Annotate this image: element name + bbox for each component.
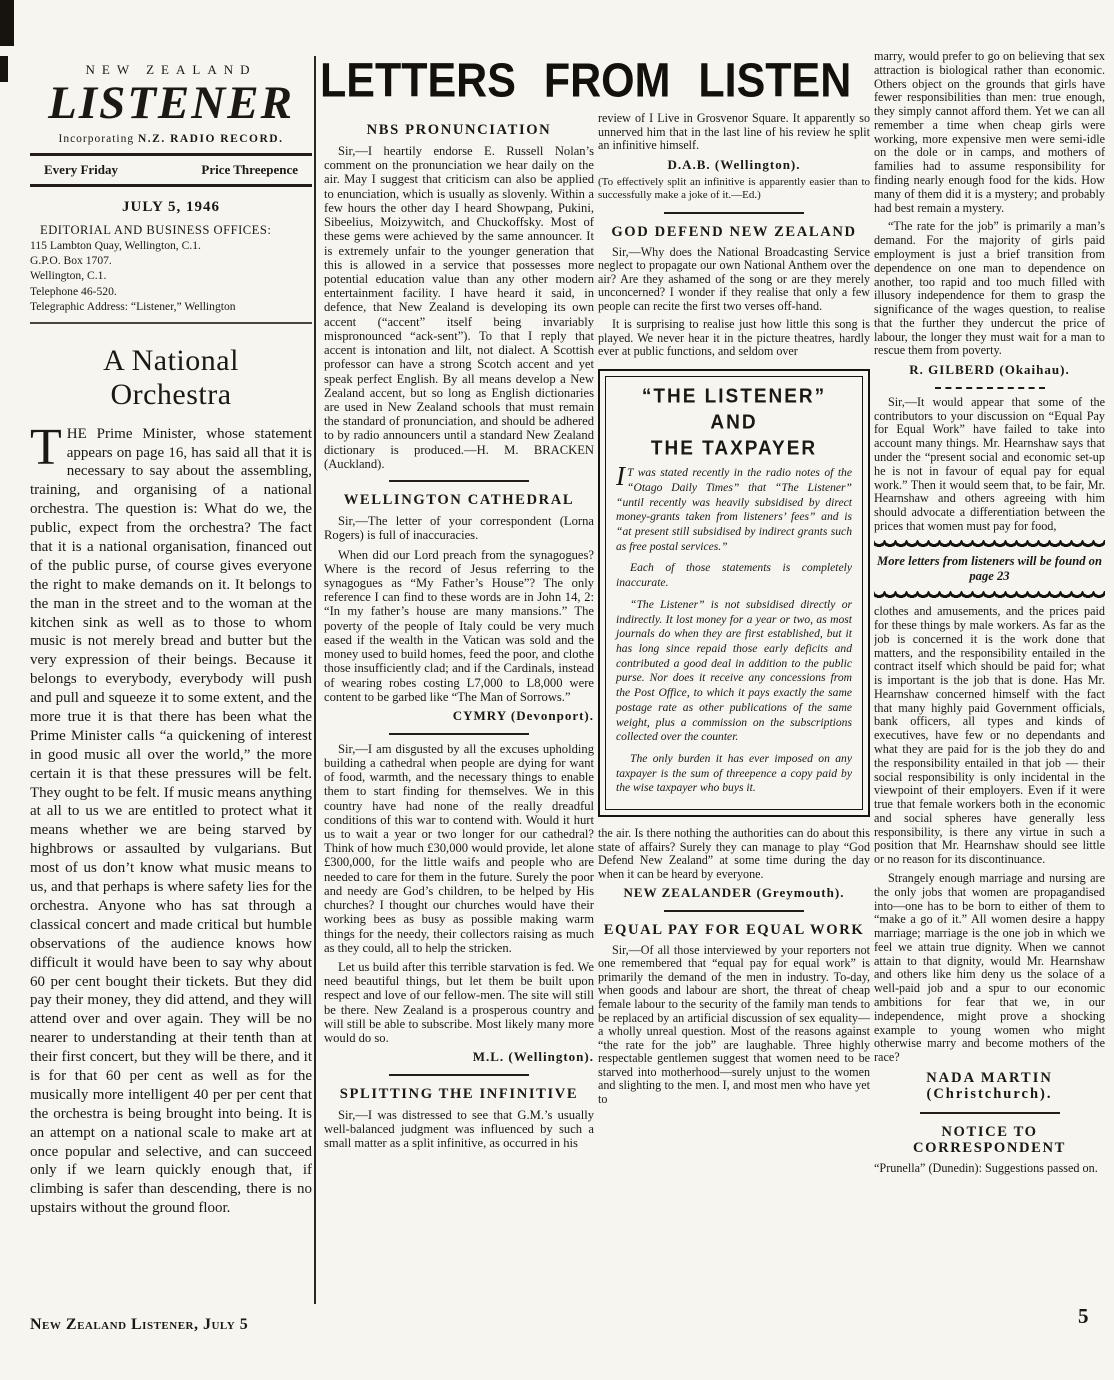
issue-date: JULY 5, 1946 — [30, 199, 312, 216]
letter-paragraph: Let us build after this terrible starvat… — [324, 960, 594, 1045]
letter-paragraph: It is surprising to realise just how lit… — [598, 318, 870, 359]
letter-signature: NADA MARTIN (Christchurch). — [874, 1070, 1105, 1103]
letter-paragraph: Strangely enough marriage and nursing ar… — [874, 872, 1105, 1065]
letter-divider — [664, 212, 804, 214]
taxpayer-box-heading-line2: THE TAXPAYER — [651, 436, 817, 459]
letter-paragraph: Sir,—Of all those interviewed by your re… — [598, 944, 870, 1106]
letter-divider — [664, 910, 804, 912]
wavy-rule — [874, 591, 1105, 599]
print-artifact — [0, 56, 8, 82]
column-rule — [314, 56, 316, 1304]
offices-address-line: G.P.O. Box 1707. — [30, 253, 312, 268]
offices-telegraph-line: Telegraphic Address: “Listener,” Welling… — [30, 299, 312, 314]
letter-paragraph: Sir,—I was distressed to see that G.M.’s… — [324, 1108, 594, 1151]
letter-paragraph: “The rate for the job” is primarily a ma… — [874, 220, 1105, 358]
letter-divider — [920, 1112, 1060, 1114]
letter-heading: GOD DEFEND NEW ZEALAND — [598, 224, 870, 240]
editor-note: (To effectively split an infinitive is a… — [598, 176, 870, 202]
letter-paragraph: Sir,—I heartily endorse E. Russell Nolan… — [324, 144, 594, 471]
letter-paragraph: clothes and amusements, and the prices p… — [874, 605, 1105, 867]
masthead: NEW ZEALAND LISTENER Incorporating N.Z. … — [30, 62, 312, 324]
masthead-title: LISTENER — [30, 80, 312, 127]
letter-paragraph: the air. Is there nothing the authoritie… — [598, 827, 870, 881]
page-number: 5 — [1078, 1304, 1089, 1329]
notice-heading: NOTICE TO CORRESPONDENT — [874, 1124, 1105, 1156]
notice-body: “Prunella” (Dunedin): Suggestions passed… — [874, 1162, 1105, 1176]
masthead-subtitle-prefix: Incorporating — [59, 133, 135, 145]
masthead-kicker: NEW ZEALAND — [30, 62, 312, 78]
taxpayer-box-paragraph: IT was stated recently in the radio note… — [616, 466, 852, 554]
editorial-text: HE Prime Minister, whose statement appea… — [30, 426, 312, 1217]
page-headline: LETTERS FROM LISTENERS — [320, 54, 854, 114]
offices-address-line: 115 Lambton Quay, Wellington, C.1. — [30, 238, 312, 253]
taxpayer-box-paragraph: Each of those statements is completely i… — [616, 561, 852, 590]
offices-heading: EDITORIAL AND BUSINESS OFFICES: — [30, 222, 312, 238]
editorial-body: THE Prime Minister, whose statement appe… — [30, 425, 312, 1218]
letter-heading: SPLITTING THE INFINITIVE — [324, 1086, 594, 1102]
letter-signature: D.A.B. (Wellington). — [598, 158, 870, 173]
letter-divider — [389, 480, 529, 482]
taxpayer-box-paragraph: The only burden it has ever imposed on a… — [616, 752, 852, 796]
footer-publication-line: New Zealand Listener, July 5 — [30, 1316, 248, 1334]
taxpayer-box-dropcap: I — [616, 466, 627, 488]
print-artifact — [0, 0, 14, 46]
letter-paragraph: Sir,—It would appear that some of the co… — [874, 396, 1105, 534]
offices-block: EDITORIAL AND BUSINESS OFFICES: 115 Lamb… — [30, 222, 312, 314]
letter-signature: NEW ZEALANDER (Greymouth). — [598, 886, 870, 901]
letter-divider — [389, 733, 529, 735]
taxpayer-box-heading-line1: “THE LISTENER” AND — [642, 385, 826, 433]
column-masthead-editorial: NEW ZEALAND LISTENER Incorporating N.Z. … — [30, 50, 312, 1312]
more-letters-note: More letters from listeners will be foun… — [874, 554, 1105, 585]
masthead-rule — [30, 322, 312, 324]
offices-address-line: Wellington, C.1. — [30, 268, 312, 283]
editorial-dropcap: T — [30, 425, 67, 470]
frequency-label: Every Friday — [44, 162, 118, 178]
letter-paragraph: When did our Lord preach from the synago… — [324, 548, 594, 704]
taxpayer-box: “THE LISTENER” AND THE TAXPAYER IT was s… — [598, 369, 870, 817]
letter-divider — [389, 1074, 529, 1076]
price-label: Price Threepence — [201, 162, 298, 178]
wavy-rule — [874, 540, 1105, 548]
letter-heading: EQUAL PAY FOR EQUAL WORK — [598, 922, 870, 938]
editorial-title: A National Orchestra — [30, 344, 312, 413]
taxpayer-box-text: T was stated recently in the radio notes… — [616, 466, 852, 553]
column-letters-1: NBS PRONUNCIATION Sir,—I heartily endors… — [324, 112, 594, 1308]
column-letters-2: review of I Live in Grosvenor Square. It… — [598, 112, 870, 1312]
newspaper-page: LETTERS FROM LISTENERS NEW ZEALAND LISTE… — [0, 0, 1114, 1380]
letter-signature: CYMRY (Devonport). — [324, 709, 594, 724]
letter-paragraph: review of I Live in Grosvenor Square. It… — [598, 112, 870, 153]
offices-telephone-line: Telephone 46-520. — [30, 284, 312, 299]
taxpayer-box-paragraph: “The Listener” is not subsidised directl… — [616, 598, 852, 745]
letter-paragraph: Sir,—The letter of your correspondent (L… — [324, 514, 594, 542]
masthead-subtitle-bold: N.Z. RADIO RECORD. — [138, 133, 284, 145]
masthead-subtitle: Incorporating N.Z. RADIO RECORD. — [30, 133, 312, 145]
letter-paragraph: marry, would prefer to go on believing t… — [874, 50, 1105, 215]
letter-heading: WELLINGTON CATHEDRAL — [324, 492, 594, 508]
letter-heading: NBS PRONUNCIATION — [324, 122, 594, 138]
taxpayer-box-heading: “THE LISTENER” AND THE TAXPAYER — [616, 384, 852, 461]
letter-divider-dashed — [935, 387, 1045, 389]
editorial-title-line1: A National — [103, 344, 239, 377]
letter-signature: R. GILBERD (Okaihau). — [874, 363, 1105, 378]
editorial-title-line2: Orchestra — [110, 378, 231, 411]
letter-paragraph: Sir,—I am disgusted by all the excuses u… — [324, 742, 594, 955]
column-letters-3: marry, would prefer to go on believing t… — [874, 50, 1105, 1314]
letter-paragraph: Sir,—Why does the National Broadcasting … — [598, 246, 870, 314]
masthead-tagline-row: Every Friday Price Threepence — [30, 153, 312, 187]
letter-signature: M.L. (Wellington). — [324, 1050, 594, 1065]
